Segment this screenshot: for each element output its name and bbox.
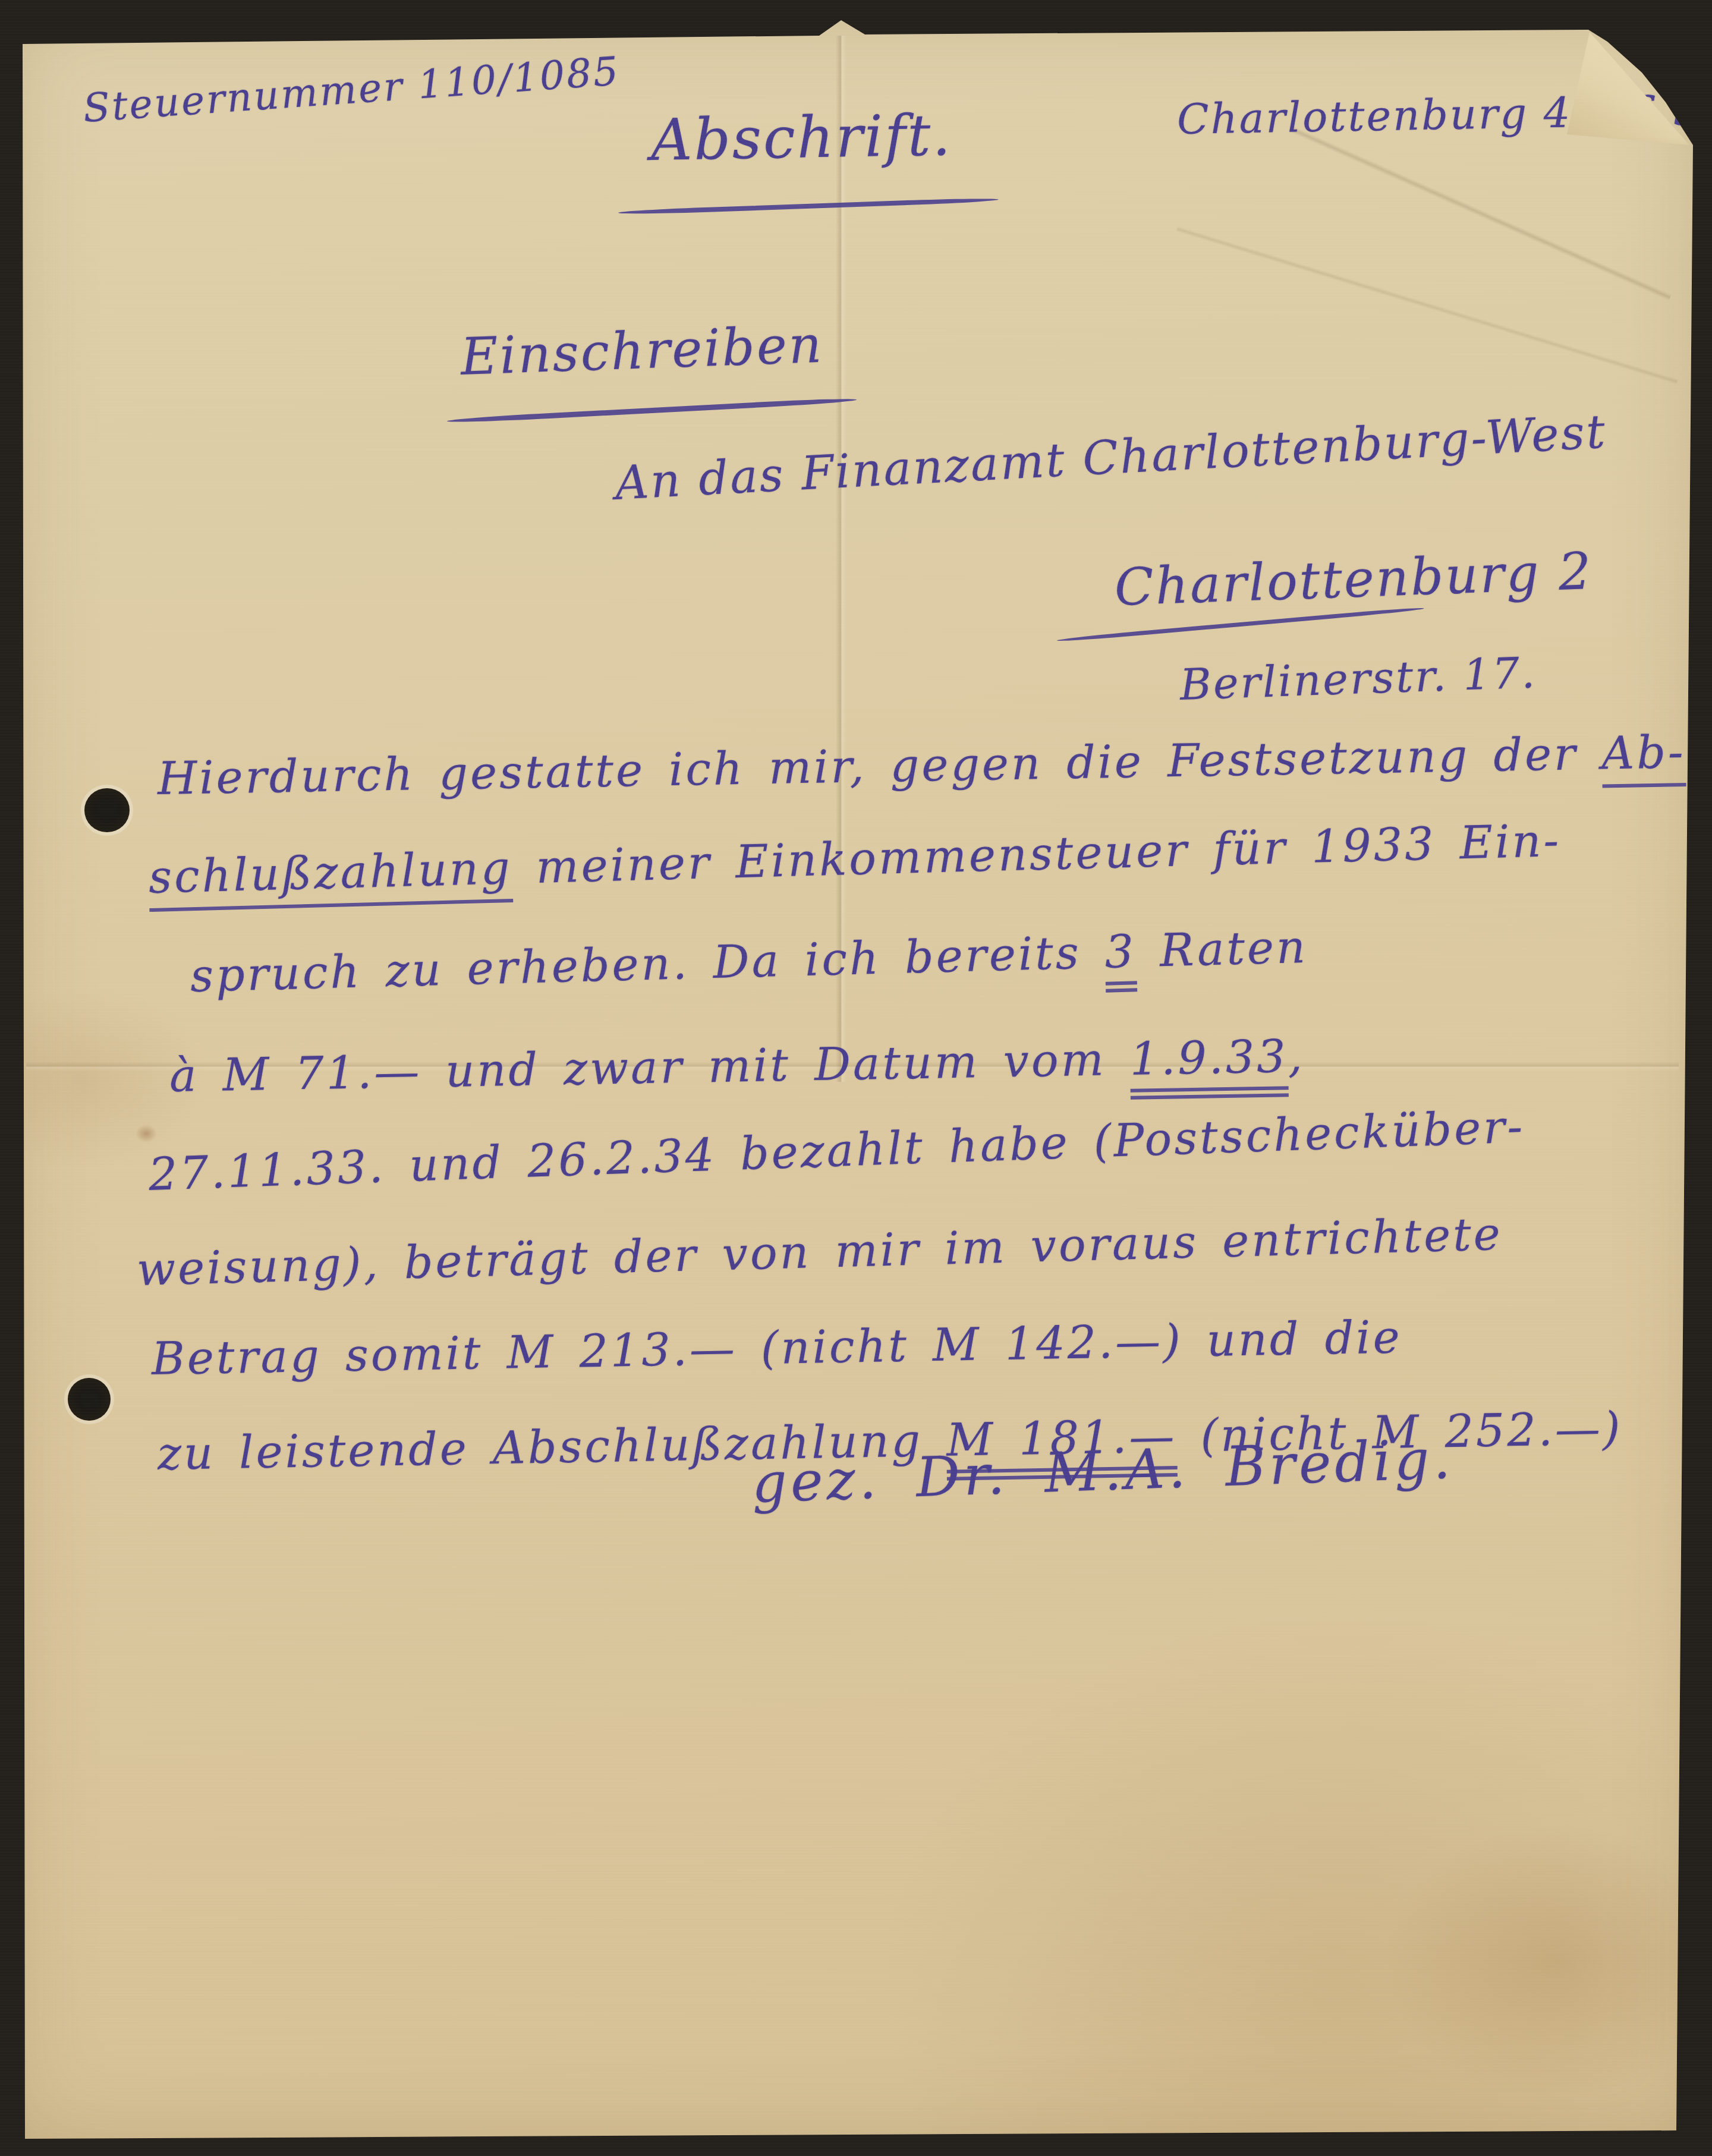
body-text: spruch zu erheben. Da ich bereits xyxy=(190,926,1106,1002)
body-text-underlined: schlußzahlung xyxy=(148,841,513,912)
body-text: , xyxy=(1288,1030,1305,1082)
recipient-line-finanzamt: An das Finanzamt Charlottenburg-West xyxy=(614,409,1608,507)
punch-hole-bottom xyxy=(68,1378,111,1421)
scanned-letter-page: { "letter": { "tax_number": "Steuernumme… xyxy=(0,0,1712,2156)
vertical-fold-crease xyxy=(836,36,846,1082)
body-text: Hierdurch gestatte ich mir, gegen die Fe… xyxy=(157,727,1602,805)
ink-stain xyxy=(136,1125,157,1142)
copy-heading: Abschrift. xyxy=(650,106,952,169)
body-line: Betrag somit M 213.— (nicht M 142.—) und… xyxy=(151,1314,1402,1381)
punch-hole-top xyxy=(84,788,130,832)
body-text: 27.11.33. und 26.2.34 bezahlt habe (Post… xyxy=(147,1100,1525,1201)
body-line: schlußzahlung meiner Einkommensteuer für… xyxy=(148,818,1562,900)
tax-number-note: Steuernummer 110/1085 xyxy=(82,52,621,128)
body-text: weisung), beträgt der von mir im voraus … xyxy=(136,1207,1503,1296)
body-line: Hierdurch gestatte ich mir, gegen die Fe… xyxy=(157,729,1686,801)
body-text-underlined: Ab- xyxy=(1601,725,1686,788)
body-text-double-underlined: 3 xyxy=(1104,924,1137,992)
body-text: à M 71.— und zwar mit Datum vom xyxy=(169,1033,1130,1102)
registered-mail-label: Einschreiben xyxy=(460,319,824,383)
body-line: 27.11.33. und 26.2.34 bezahlt habe (Post… xyxy=(148,1104,1526,1197)
body-text: meiner Einkommensteuer für 1933 Ein- xyxy=(511,814,1562,894)
copy-heading-underline xyxy=(618,197,999,215)
body-line: weisung), beträgt der von mir im voraus … xyxy=(136,1211,1503,1292)
registered-mail-underline xyxy=(447,397,857,424)
body-text: Betrag somit M 213.— (nicht M 142.—) und… xyxy=(151,1310,1402,1385)
recipient-line-street: Berlinerstr. 17. xyxy=(1179,651,1537,706)
body-line: à M 71.— und zwar mit Datum vom 1.9.33, xyxy=(169,1034,1305,1099)
body-text: Raten xyxy=(1135,920,1308,978)
recipient-line-district: Charlottenburg 2 xyxy=(1113,546,1593,613)
diagonal-crease xyxy=(1289,125,1672,301)
body-line: spruch zu erheben. Da ich bereits 3 Rate… xyxy=(190,924,1308,999)
body-text-double-underlined: 1.9.33 xyxy=(1129,1030,1289,1100)
letter-paper: Steuernummer 110/1085 Abschrift. Charlot… xyxy=(0,0,1712,2156)
diagonal-crease xyxy=(1176,226,1678,385)
